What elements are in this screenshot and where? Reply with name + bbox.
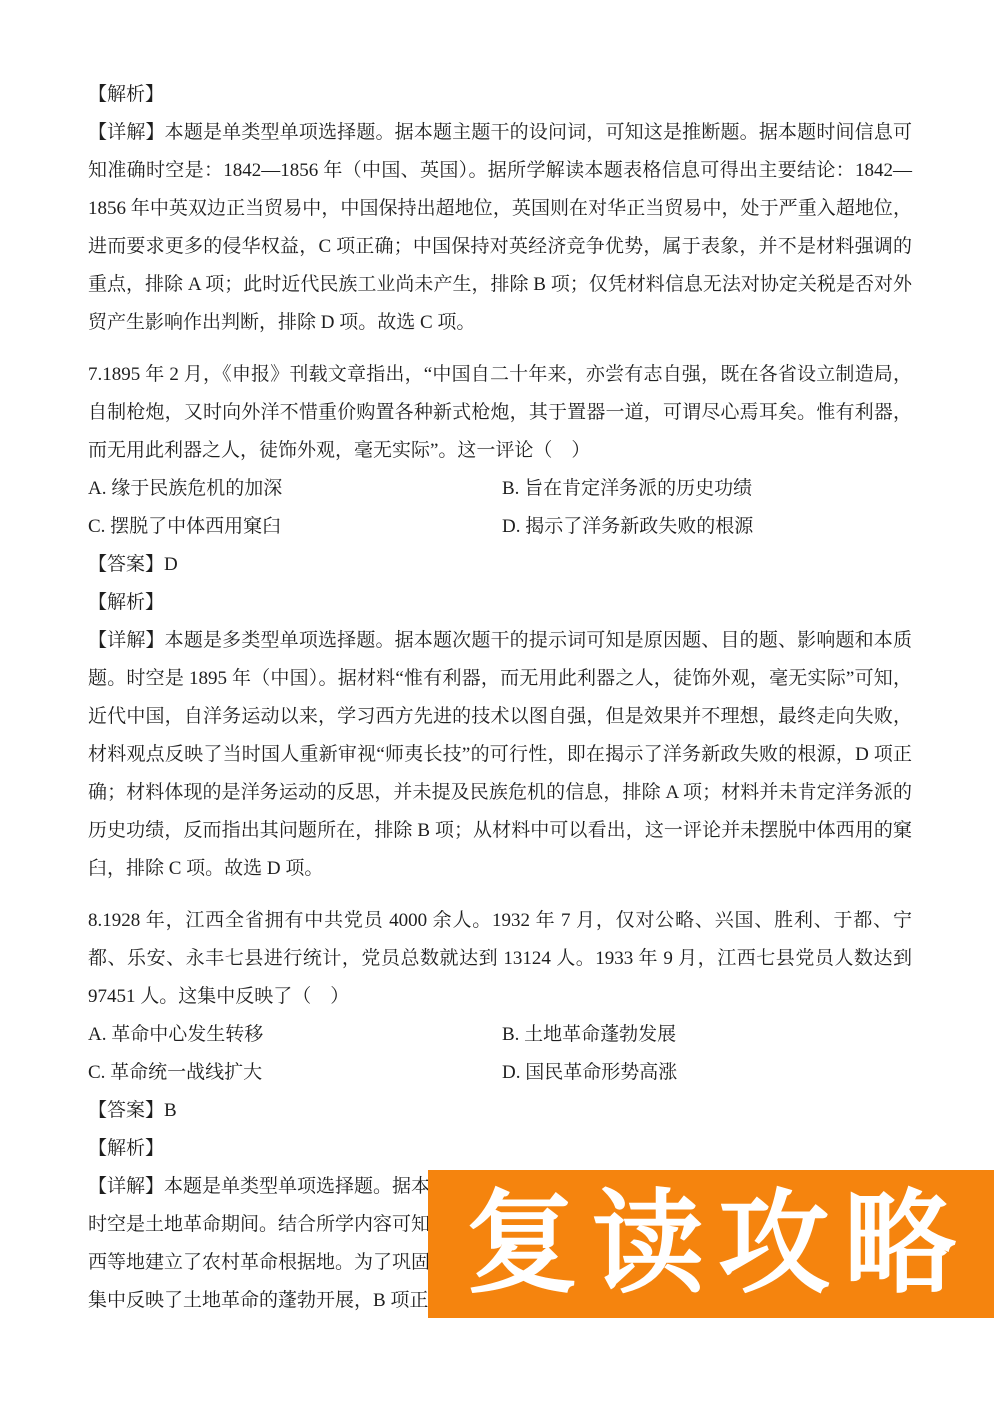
q8-options-row-1: A. 革命中心发生转移 B. 土地革命蓬勃发展 xyxy=(88,1016,912,1054)
q6-analysis-label: 【解析】 xyxy=(88,76,912,114)
q7-answer-value: D xyxy=(164,554,178,575)
q7-option-b: B. 旨在肯定洋务派的历史功绩 xyxy=(502,470,912,508)
q8-option-d: D. 国民革命形势高涨 xyxy=(502,1054,912,1092)
q8-answer-line: 【答案】B xyxy=(88,1092,912,1130)
watermark-banner: 复读攻略 xyxy=(428,1170,994,1318)
exam-answer-page: 【解析】 【详解】本题是单类型单项选择题。据本题主题干的设问词，可知这是推断题。… xyxy=(0,0,1000,1414)
q7-options-row-2: C. 摆脱了中体西用窠臼 D. 揭示了洋务新政失败的根源 xyxy=(88,508,912,546)
q8-option-c: C. 革命统一战线扩大 xyxy=(88,1054,502,1092)
q7-options-row-1: A. 缘于民族危机的加深 B. 旨在肯定洋务派的历史功绩 xyxy=(88,470,912,508)
q7-option-d: D. 揭示了洋务新政失败的根源 xyxy=(502,508,912,546)
q8-option-a: A. 革命中心发生转移 xyxy=(88,1016,502,1054)
q7-analysis-label: 【解析】 xyxy=(88,584,912,622)
q7-option-a: A. 缘于民族危机的加深 xyxy=(88,470,502,508)
q7-answer-label: 【答案】 xyxy=(88,554,164,575)
q8-option-b: B. 土地革命蓬勃发展 xyxy=(502,1016,912,1054)
q6-detail-paragraph: 【详解】本题是单类型单项选择题。据本题主题干的设问词，可知这是推断题。据本题时间… xyxy=(88,114,912,342)
watermark-text: 复读攻略 xyxy=(452,1188,970,1300)
q7-stem: 7.1895 年 2 月，《申报》刊载文章指出，“中国自二十年来，亦尝有志自强，… xyxy=(88,356,912,470)
q8-analysis-label: 【解析】 xyxy=(88,1130,912,1168)
q7-answer-line: 【答案】D xyxy=(88,546,912,584)
q7-option-c: C. 摆脱了中体西用窠臼 xyxy=(88,508,502,546)
document-content: 【解析】 【详解】本题是单类型单项选择题。据本题主题干的设问词，可知这是推断题。… xyxy=(0,0,1000,1320)
q7-detail-paragraph: 【详解】本题是多类型单项选择题。据本题次题干的提示词可知是原因题、目的题、影响题… xyxy=(88,622,912,888)
q8-answer-label: 【答案】 xyxy=(88,1100,164,1121)
q8-answer-value: B xyxy=(164,1100,177,1121)
q8-options-row-2: C. 革命统一战线扩大 D. 国民革命形势高涨 xyxy=(88,1054,912,1092)
q8-stem: 8.1928 年，江西全省拥有中共党员 4000 余人。1932 年 7 月，仅… xyxy=(88,902,912,1016)
